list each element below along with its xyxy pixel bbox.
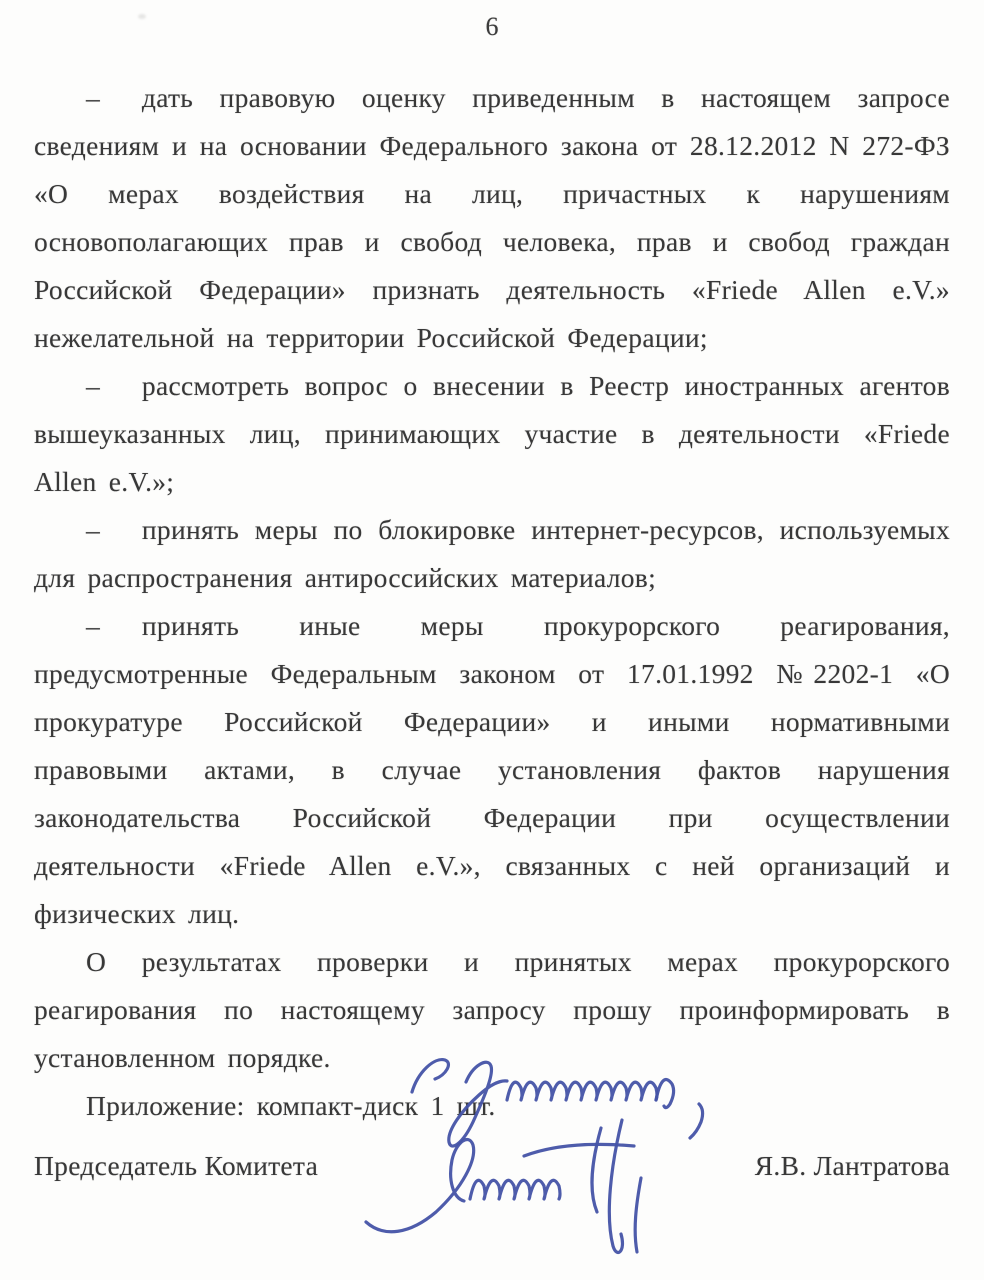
document-body: – дать правовую оценку приведенным в нас… [34, 74, 950, 1130]
paragraph: Приложение: компакт-диск 1 шт. [34, 1082, 950, 1130]
signature-flourish-ink [366, 1120, 641, 1252]
signature-block: Председатель Комитета Я.В. Лантратова [34, 1146, 950, 1186]
paragraph: – принять меры по блокировке интернет-ре… [34, 506, 950, 602]
scan-artifact-dot [138, 14, 146, 19]
signer-name: Я.В. Лантратова [755, 1146, 950, 1186]
page-number: 6 [0, 0, 984, 42]
document-page: 6 – дать правовую оценку приведенным в н… [0, 0, 984, 1280]
paragraph: – дать правовую оценку приведенным в нас… [34, 74, 950, 362]
paragraph: – рассмотреть вопрос о внесении в Реестр… [34, 362, 950, 506]
paragraph: О результатах проверки и принятых мерах … [34, 938, 950, 1082]
paragraph: – принять иные меры прокурорского реагир… [34, 602, 950, 938]
signer-title: Председатель Комитета [34, 1146, 318, 1186]
